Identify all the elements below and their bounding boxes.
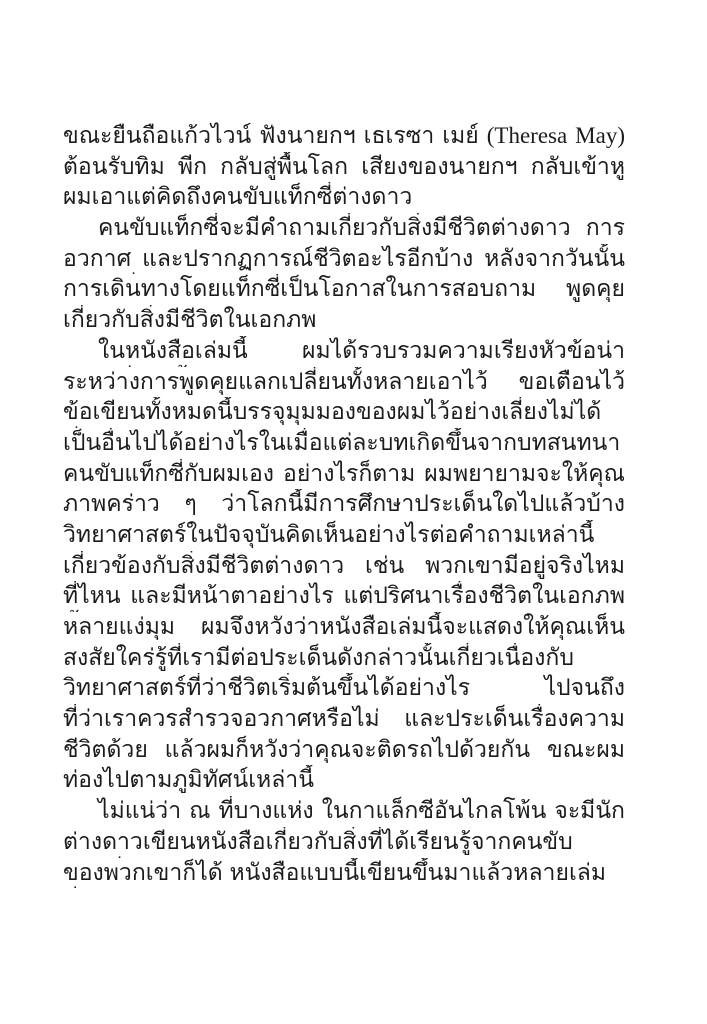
paragraph: คนขับแท็กซี่จะมีคำถามเกี่ยวกับสิ่งมีชีวิ… <box>63 213 625 336</box>
body-text-block: ขณะยืนถือแก้วไวน์ ฟังนายกฯ เธเรซา เมย์ (… <box>63 121 625 888</box>
text-line: เกี่ยวกับสิ่งมีชีวิตในเอกภพ <box>63 305 625 336</box>
text-line: ขณะยืนถือแก้วไวน์ ฟังนายกฯ เธเรซา เมย์ (… <box>63 121 625 152</box>
text-line: ภาพคร่าว ๆ ว่าโลกนี้มีการศึกษาประเด็นใดไ… <box>63 489 625 520</box>
text-line: ที่ไหน และมีหน้าตาอย่างไร แต่ปริศนาเรื่อ… <box>63 581 625 612</box>
text-line: ไม่แน่ว่า ณ ที่บางแห่ง ในกาแล็กซีอันไกลโ… <box>63 796 625 827</box>
text-line: คนขับแท็กซี่จะมีคำถามเกี่ยวกับสิ่งมีชีวิ… <box>63 213 625 244</box>
text-line: ชีวิตด้วย แล้วผมก็หวังว่าคุณจะติดรถไปด้ว… <box>63 735 625 766</box>
text-line: เป็นอื่นไปได้อย่างไรในเมื่อแต่ละบทเกิดขึ… <box>63 428 625 459</box>
text-line: การเดินทางโดยแท็กซี่เป็นโอกาสในการสอบถาม… <box>63 274 625 305</box>
book-page: ขณะยืนถือแก้วไวน์ ฟังนายกฯ เธเรซา เมย์ (… <box>0 0 707 1024</box>
text-line: ต่างดาวเขียนหนังสือเกี่ยวกับสิ่งที่ได้เร… <box>63 827 625 858</box>
text-line: คนขับแท็กซี่กับผมเอง อย่างไรก็ตาม ผมพยาย… <box>63 459 625 490</box>
paragraph: ในหนังสือเล่มนี้ ผมได้รวบรวมความเรียงหัว… <box>63 336 625 796</box>
text-line: สงสัยใคร่รู้ที่เรามีต่อประเด็นดังกล่าวนั… <box>63 643 625 674</box>
text-line: ต้อนรับทิม พีก กลับสู่พื้นโลก เสียงของนา… <box>63 152 625 183</box>
text-line: ของพวกเขาก็ได้ หนังสือแบบนี้เขียนขึ้นมาแ… <box>63 858 625 889</box>
text-line: ผมเอาแต่คิดถึงคนขับแท็กซี่ต่างดาว <box>63 182 625 213</box>
text-line: ระหว่างการพูดคุยแลกเปลี่ยนทั้งหลายเอาไว้… <box>63 367 625 398</box>
text-line: อวกาศ และปรากฏการณ์ชีวิตอะไรอีกบ้าง หลัง… <box>63 244 625 275</box>
text-line: ท่องไปตามภูมิทัศน์เหล่านี้ <box>63 765 625 796</box>
text-line: หลายแง่มุม ผมจึงหวังว่าหนังสือเล่มนี้จะแ… <box>63 612 625 643</box>
paragraph: ขณะยืนถือแก้วไวน์ ฟังนายกฯ เธเรซา เมย์ (… <box>63 121 625 213</box>
text-line: วิทยาศาสตร์ในปัจจุบันคิดเห็นอย่างไรต่อคำ… <box>63 520 625 551</box>
text-line: ในหนังสือเล่มนี้ ผมได้รวบรวมความเรียงหัว… <box>63 336 625 367</box>
text-line: ข้อเขียนทั้งหมดนี้บรรจุมุมมองของผมไว้อย่… <box>63 397 625 428</box>
text-line: เกี่ยวข้องกับสิ่งมีชีวิตต่างดาว เช่น พวก… <box>63 551 625 582</box>
text-line: วิทยาศาสตร์ที่ว่าชีวิตเริ่มต้นขึ้นได้อย่… <box>63 673 625 704</box>
paragraph: ไม่แน่ว่า ณ ที่บางแห่ง ในกาแล็กซีอันไกลโ… <box>63 796 625 888</box>
text-line: ที่ว่าเราควรสำรวจอวกาศหรือไม่ และประเด็น… <box>63 704 625 735</box>
